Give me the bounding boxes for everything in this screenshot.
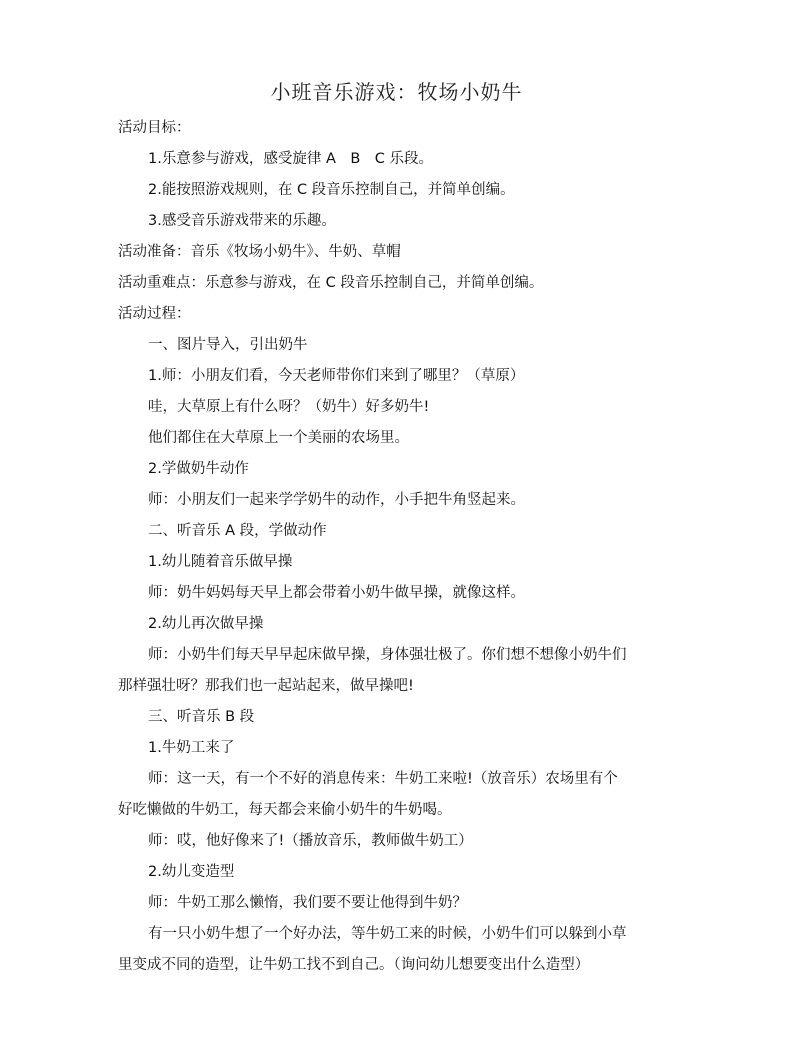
sub-step-heading: 2.幼儿再次做早操 xyxy=(118,609,678,640)
paragraph-line: 师：小奶牛们每天早早起床做早操，身体强壮极了。你们想不想像小奶牛们 xyxy=(118,640,678,671)
goal-item: 3.感受音乐游戏带来的乐趣。 xyxy=(118,206,678,237)
section-preparation: 活动准备：音乐《牧场小奶牛》、牛奶、草帽 xyxy=(118,237,678,268)
document-page: 小班音乐游戏：牧场小奶牛 活动目标： 1.乐意参与游戏，感受旋律 A B C 乐… xyxy=(0,0,793,1055)
paragraph-line-continued: 好吃懒做的牛奶工，每天都会来偷小奶牛的牛奶喝。 xyxy=(118,795,678,826)
sub-step-heading: 2.幼儿变造型 xyxy=(118,857,678,888)
paragraph-line-continued: 里变成不同的造型，让牛奶工找不到自己。（询问幼儿想要变出什么造型） xyxy=(118,950,678,981)
step-heading: 二、听音乐 A 段，学做动作 xyxy=(118,516,678,547)
goal-item: 1.乐意参与游戏，感受旋律 A B C 乐段。 xyxy=(118,144,678,175)
paragraph-line: 师：牛奶工那么懒惰，我们要不要让他得到牛奶？ xyxy=(118,888,678,919)
sub-step-heading: 2.学做奶牛动作 xyxy=(118,454,678,485)
paragraph-line-continued: 那样强壮呀？那我们也一起站起来，做早操吧! xyxy=(118,671,678,702)
paragraph-line: 他们都住在大草原上一个美丽的农场里。 xyxy=(118,423,678,454)
goal-item: 2.能按照游戏规则，在 C 段音乐控制自己，并简单创编。 xyxy=(118,175,678,206)
paragraph-line: 师：这一天，有一个不好的消息传来：牛奶工来啦!（放音乐）农场里有个 xyxy=(118,764,678,795)
sub-step-heading: 1.幼儿随着音乐做早操 xyxy=(118,547,678,578)
step-heading: 一、图片导入，引出奶牛 xyxy=(118,330,678,361)
paragraph-line: 有一只小奶牛想了一个好办法，等牛奶工来的时候，小奶牛们可以躲到小草 xyxy=(118,919,678,950)
section-key-points: 活动重难点：乐意参与游戏，在 C 段音乐控制自己，并简单创编。 xyxy=(118,268,678,299)
paragraph-line: 哇，大草原上有什么呀？（奶牛）好多奶牛! xyxy=(118,392,678,423)
sub-step-heading: 1.牛奶工来了 xyxy=(118,733,678,764)
section-heading-goals: 活动目标： xyxy=(118,113,678,144)
document-title: 小班音乐游戏：牧场小奶牛 xyxy=(0,76,793,105)
paragraph-line: 师：小朋友们一起来学学奶牛的动作，小手把牛角竖起来。 xyxy=(118,485,678,516)
paragraph-line: 师：奶牛妈妈每天早上都会带着小奶牛做早操，就像这样。 xyxy=(118,578,678,609)
document-body: 活动目标： 1.乐意参与游戏，感受旋律 A B C 乐段。 2.能按照游戏规则，… xyxy=(118,113,678,981)
section-heading-process: 活动过程： xyxy=(118,299,678,330)
paragraph-line: 师：哎，他好像来了!（播放音乐，教师做牛奶工） xyxy=(118,826,678,857)
paragraph-line: 1.师：小朋友们看，今天老师带你们来到了哪里？（草原） xyxy=(118,361,678,392)
step-heading: 三、听音乐 B 段 xyxy=(118,702,678,733)
